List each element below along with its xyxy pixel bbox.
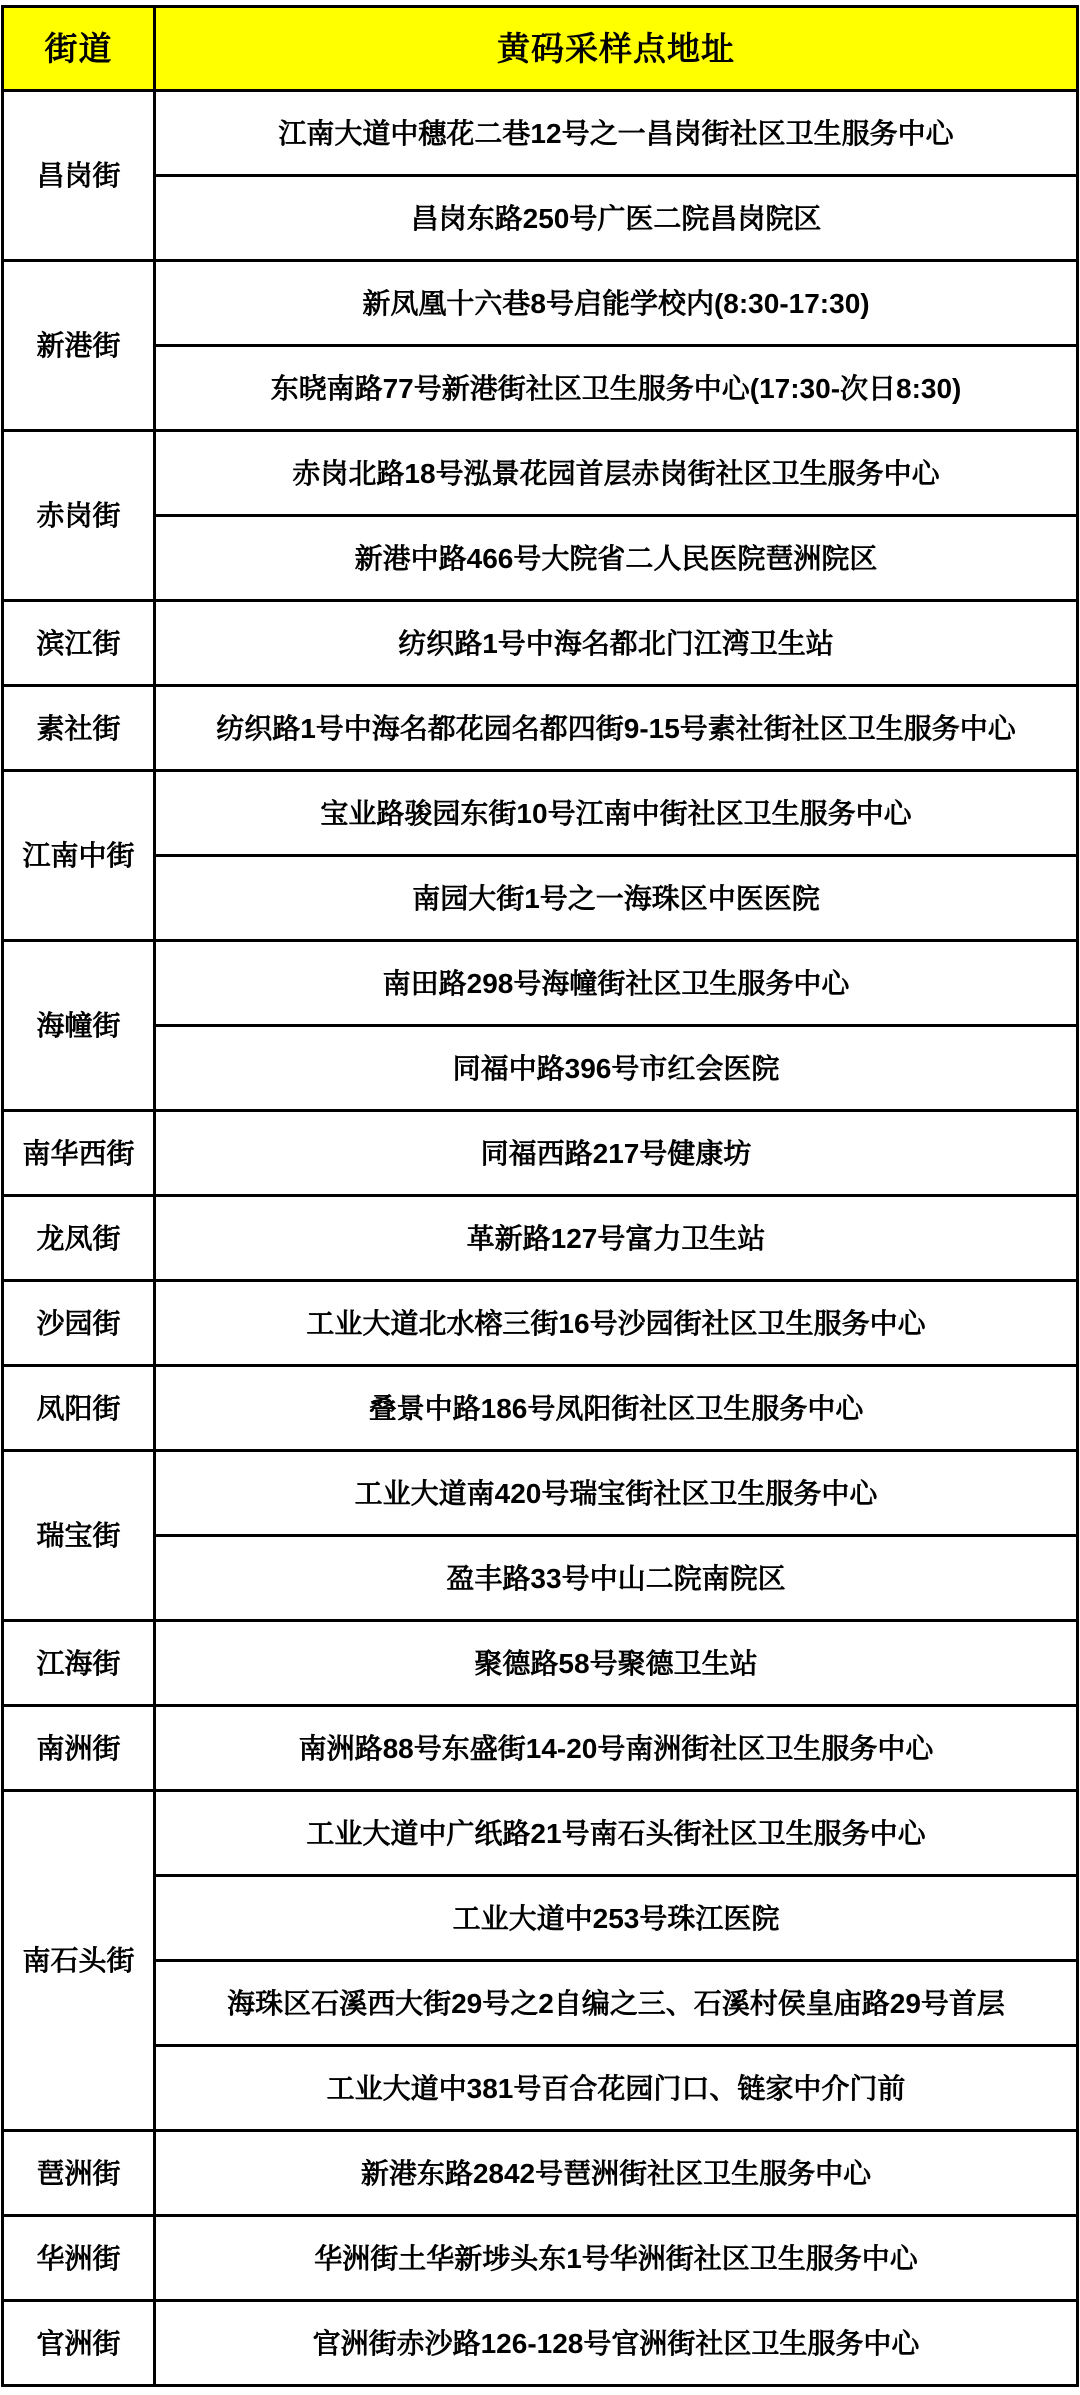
table-row: 盈丰路33号中山二院南院区	[3, 1536, 1078, 1621]
street-cell: 南华西街	[3, 1111, 155, 1196]
address-cell: 昌岗东路250号广医二院昌岗院区	[155, 176, 1078, 261]
table-row: 昌岗街 江南大道中穗花二巷12号之一昌岗街社区卫生服务中心	[3, 91, 1078, 176]
street-cell: 赤岗街	[3, 431, 155, 601]
table-row: 新港中路466号大院省二人民医院琶洲院区	[3, 516, 1078, 601]
table-row: 南华西街 同福西路217号健康坊	[3, 1111, 1078, 1196]
address-cell: 革新路127号富力卫生站	[155, 1196, 1078, 1281]
table-row: 新港街 新凤凰十六巷8号启能学校内(8:30-17:30)	[3, 261, 1078, 346]
table-row: 江南中街 宝业路骏园东街10号江南中街社区卫生服务中心	[3, 771, 1078, 856]
table-row: 海幢街 南田路298号海幢街社区卫生服务中心	[3, 941, 1078, 1026]
table-row: 滨江街 纺织路1号中海名都北门江湾卫生站	[3, 601, 1078, 686]
address-cell: 宝业路骏园东街10号江南中街社区卫生服务中心	[155, 771, 1078, 856]
table-row: 龙凤街 革新路127号富力卫生站	[3, 1196, 1078, 1281]
address-cell: 江南大道中穗花二巷12号之一昌岗街社区卫生服务中心	[155, 91, 1078, 176]
address-cell: 南洲路88号东盛街14-20号南洲街社区卫生服务中心	[155, 1706, 1078, 1791]
table-row: 赤岗街 赤岗北路18号泓景花园首层赤岗街社区卫生服务中心	[3, 431, 1078, 516]
street-cell: 南石头街	[3, 1791, 155, 2131]
address-cell: 工业大道中253号珠江医院	[155, 1876, 1078, 1961]
address-cell: 同福中路396号市红会医院	[155, 1026, 1078, 1111]
table-row: 工业大道中381号百合花园门口、链家中介门前	[3, 2046, 1078, 2131]
street-cell: 江南中街	[3, 771, 155, 941]
address-cell: 叠景中路186号凤阳街社区卫生服务中心	[155, 1366, 1078, 1451]
table-row: 琶洲街 新港东路2842号琶洲街社区卫生服务中心	[3, 2131, 1078, 2216]
street-cell: 滨江街	[3, 601, 155, 686]
table-row: 素社街 纺织路1号中海名都花园名都四街9-15号素社街社区卫生服务中心	[3, 686, 1078, 771]
address-cell: 东晓南路77号新港街社区卫生服务中心(17:30-次日8:30)	[155, 346, 1078, 431]
table-row: 沙园街 工业大道北水榕三街16号沙园街社区卫生服务中心	[3, 1281, 1078, 1366]
table-row: 瑞宝街 工业大道南420号瑞宝街社区卫生服务中心	[3, 1451, 1078, 1536]
street-cell: 凤阳街	[3, 1366, 155, 1451]
address-cell: 华洲街土华新埗头东1号华洲街社区卫生服务中心	[155, 2216, 1078, 2301]
street-cell: 新港街	[3, 261, 155, 431]
address-cell: 赤岗北路18号泓景花园首层赤岗街社区卫生服务中心	[155, 431, 1078, 516]
street-cell: 沙园街	[3, 1281, 155, 1366]
address-cell: 工业大道中广纸路21号南石头街社区卫生服务中心	[155, 1791, 1078, 1876]
address-cell: 新港东路2842号琶洲街社区卫生服务中心	[155, 2131, 1078, 2216]
address-cell: 纺织路1号中海名都北门江湾卫生站	[155, 601, 1078, 686]
table-row: 昌岗东路250号广医二院昌岗院区	[3, 176, 1078, 261]
address-cell: 海珠区石溪西大街29号之2自编之三、石溪村侯皇庙路29号首层	[155, 1961, 1078, 2046]
table-row: 官洲街 官洲街赤沙路126-128号官洲街社区卫生服务中心	[3, 2301, 1078, 2386]
address-cell: 聚德路58号聚德卫生站	[155, 1621, 1078, 1706]
table-row: 东晓南路77号新港街社区卫生服务中心(17:30-次日8:30)	[3, 346, 1078, 431]
address-cell: 同福西路217号健康坊	[155, 1111, 1078, 1196]
table-row: 华洲街 华洲街土华新埗头东1号华洲街社区卫生服务中心	[3, 2216, 1078, 2301]
table-row: 凤阳街 叠景中路186号凤阳街社区卫生服务中心	[3, 1366, 1078, 1451]
table-row: 南石头街 工业大道中广纸路21号南石头街社区卫生服务中心	[3, 1791, 1078, 1876]
address-cell: 工业大道北水榕三街16号沙园街社区卫生服务中心	[155, 1281, 1078, 1366]
header-street-column: 街道	[3, 7, 155, 91]
street-cell: 琶洲街	[3, 2131, 155, 2216]
address-cell: 工业大道中381号百合花园门口、链家中介门前	[155, 2046, 1078, 2131]
street-cell: 海幢街	[3, 941, 155, 1111]
street-cell: 瑞宝街	[3, 1451, 155, 1621]
address-cell: 南田路298号海幢街社区卫生服务中心	[155, 941, 1078, 1026]
street-cell: 官洲街	[3, 2301, 155, 2386]
street-cell: 华洲街	[3, 2216, 155, 2301]
street-cell: 龙凤街	[3, 1196, 155, 1281]
address-cell: 盈丰路33号中山二院南院区	[155, 1536, 1078, 1621]
header-row: 街道 黄码采样点地址	[3, 7, 1078, 91]
address-cell: 纺织路1号中海名都花园名都四街9-15号素社街社区卫生服务中心	[155, 686, 1078, 771]
street-cell: 南洲街	[3, 1706, 155, 1791]
address-cell: 官洲街赤沙路126-128号官洲街社区卫生服务中心	[155, 2301, 1078, 2386]
table-row: 海珠区石溪西大街29号之2自编之三、石溪村侯皇庙路29号首层	[3, 1961, 1078, 2046]
table-row: 工业大道中253号珠江医院	[3, 1876, 1078, 1961]
address-cell: 工业大道南420号瑞宝街社区卫生服务中心	[155, 1451, 1078, 1536]
address-cell: 新港中路466号大院省二人民医院琶洲院区	[155, 516, 1078, 601]
page: 街道 黄码采样点地址 昌岗街 江南大道中穗花二巷12号之一昌岗街社区卫生服务中心…	[0, 0, 1080, 2395]
yellow-code-sampling-points-table: 街道 黄码采样点地址 昌岗街 江南大道中穗花二巷12号之一昌岗街社区卫生服务中心…	[1, 5, 1079, 2387]
table-row: 同福中路396号市红会医院	[3, 1026, 1078, 1111]
street-cell: 昌岗街	[3, 91, 155, 261]
street-cell: 江海街	[3, 1621, 155, 1706]
table-row: 南洲街 南洲路88号东盛街14-20号南洲街社区卫生服务中心	[3, 1706, 1078, 1791]
address-cell: 新凤凰十六巷8号启能学校内(8:30-17:30)	[155, 261, 1078, 346]
street-cell: 素社街	[3, 686, 155, 771]
table-row: 江海街 聚德路58号聚德卫生站	[3, 1621, 1078, 1706]
table-row: 南园大街1号之一海珠区中医医院	[3, 856, 1078, 941]
header-address-column: 黄码采样点地址	[155, 7, 1078, 91]
address-cell: 南园大街1号之一海珠区中医医院	[155, 856, 1078, 941]
